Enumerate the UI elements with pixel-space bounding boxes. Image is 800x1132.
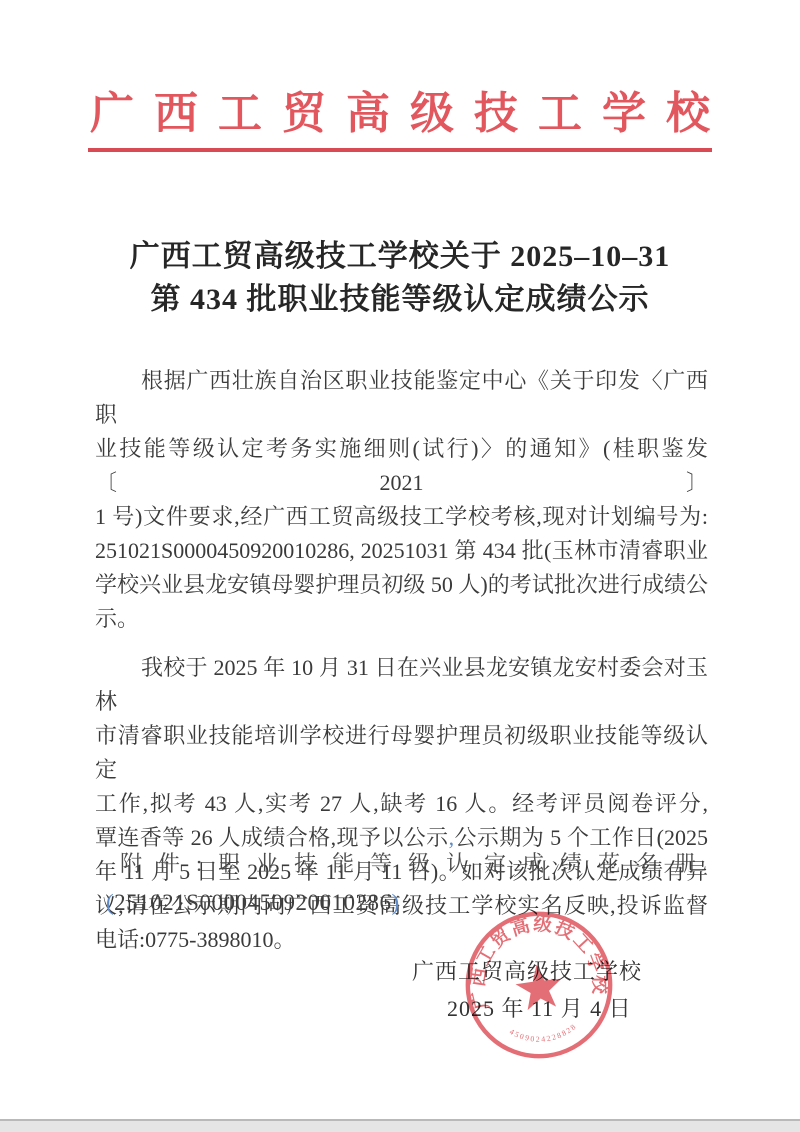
body-line: 根据广西壮族自治区职业技能鉴定中心《关于印发〈广西职: [95, 364, 708, 432]
body-line: 业技能等级认定考务实施细则(试行)〉的通知》(桂职鉴发〔2021〕: [95, 432, 708, 500]
attachment-paren-open: (: [106, 890, 114, 915]
title-line-1: 广西工贸高级技工学校关于 2025–10–31: [0, 235, 800, 278]
document-title: 广西工贸高级技工学校关于 2025–10–31 第 434 批职业技能等级认定成…: [0, 235, 800, 321]
body-line: 示。: [95, 602, 708, 636]
title-line-2: 第 434 批职业技能等级认定成绩公示: [0, 278, 800, 321]
letterhead-rule: [88, 148, 712, 152]
body-line: 工作,拟考 43 人,实考 27 人,缺考 16 人。经考评员阅卷评分,: [95, 787, 708, 821]
attachment-number-value: 251021S0000450920010286: [114, 890, 391, 915]
attachment-label: 附件:职业技能等级认定成绩花名册: [120, 847, 760, 881]
paragraph-1: 根据广西壮族自治区职业技能鉴定中心《关于印发〈广西职 业技能等级认定考务实施细则…: [95, 364, 708, 636]
scanned-document-page: 广西工贸高级技工学校 广西工贸高级技工学校关于 2025–10–31 第 434…: [0, 0, 800, 1132]
scan-bottom-edge: [0, 1119, 800, 1132]
body-line: 我校于 2025 年 10 月 31 日在兴业县龙安镇龙安村委会对玉林: [95, 651, 708, 719]
body-line: 251021S0000450920010286, 20251031 第 434 …: [95, 534, 708, 568]
signature-school-name: 广西工贸高级技工学校: [412, 957, 642, 987]
signature-date: 2025 年 11 月 4 日: [447, 994, 632, 1024]
letterhead-school-name: 广西工贸高级技工学校: [0, 92, 800, 136]
attachment-number: (251021S0000450920010286): [106, 886, 400, 920]
body-line: 学校兴业县龙安镇母婴护理员初级 50 人)的考试批次进行成绩公: [95, 568, 708, 602]
body-line: 电话:0775-3898010。: [95, 923, 708, 957]
attachment-paren-close: ): [391, 890, 399, 915]
body-line: 市清睿职业技能培训学校进行母婴护理员初级职业技能等级认定: [95, 719, 708, 787]
body-line: 1 号)文件要求,经广西工贸高级技工学校考核,现对计划编号为:: [95, 500, 708, 534]
